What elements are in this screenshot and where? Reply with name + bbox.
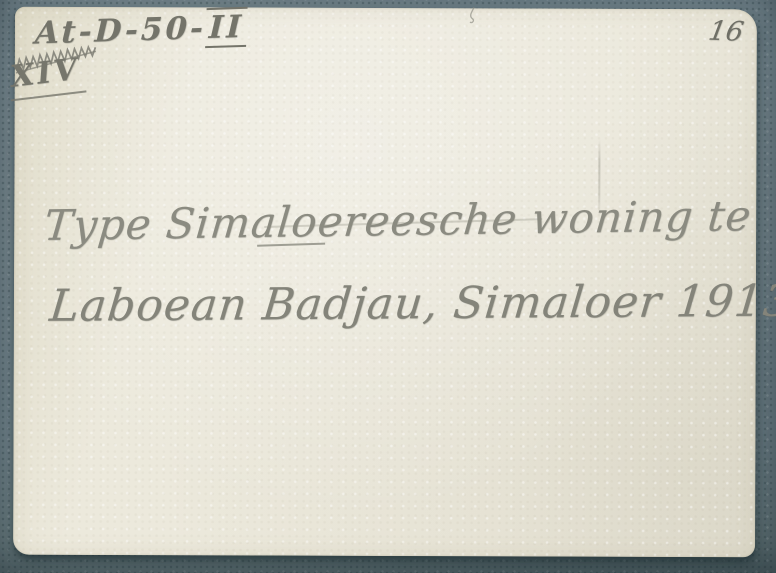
caption-line-1: Type Simaloereesche woning te [42, 195, 753, 247]
photo-verso-scan: At-D-50-II XIV 16 Type Simaloereesche wo… [0, 0, 776, 573]
inventory-code: At-D-50-II [34, 12, 247, 50]
caption-line-2: Laboean Badjau, Simaloer 1913. [48, 279, 776, 328]
archive-card: At-D-50-II XIV 16 Type Simaloereesche wo… [13, 7, 757, 558]
inventory-code-roman-numeral: II [205, 7, 248, 48]
page-number: 16 [706, 18, 745, 46]
edge-pencil-squiggle [463, 6, 483, 26]
paper-crease-mark [598, 139, 600, 219]
inventory-code-prefix: At-D-50- [34, 10, 206, 51]
series-numeral: XIV [9, 55, 82, 93]
